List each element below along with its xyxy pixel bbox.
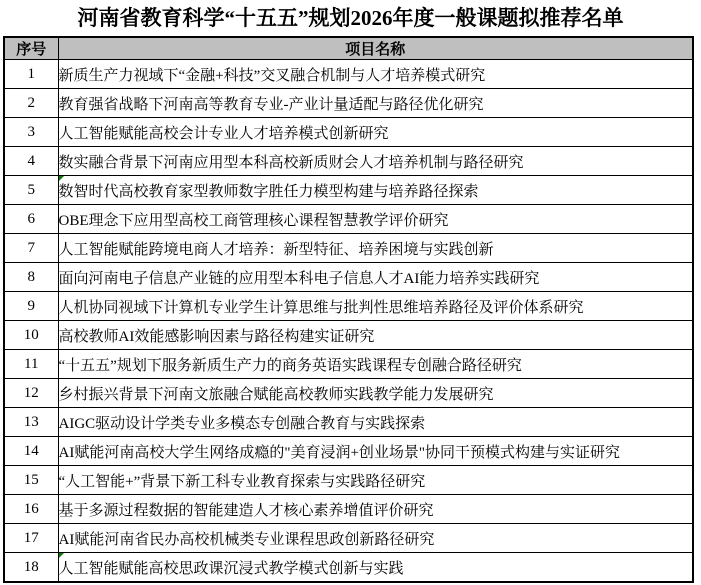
row-serial-cell: 9 bbox=[4, 292, 58, 321]
row-serial-cell: 10 bbox=[4, 321, 58, 350]
table-row: 12乡村振兴背景下河南文旅融合赋能高校教师实践教学能力发展研究 bbox=[4, 379, 693, 408]
project-name-label: 数实融合背景下河南应用型本科高校新质财会人才培养机制与路径研究 bbox=[59, 155, 524, 171]
project-name-cell: AI赋能河南省民办高校机械类专业课程思政创新路径研究 bbox=[58, 524, 693, 553]
project-name-label: 人工智能赋能高校会计专业人才培养模式创新研究 bbox=[59, 126, 389, 142]
project-name-label: 教育强省战略下河南高等教育专业-产业计量适配与路径优化研究 bbox=[59, 97, 484, 113]
row-serial-cell: 16 bbox=[4, 495, 58, 524]
cell-error-marker-icon bbox=[59, 553, 64, 558]
row-serial-cell: 13 bbox=[4, 408, 58, 437]
project-name-label: 乡村振兴背景下河南文旅融合赋能高校教师实践教学能力发展研究 bbox=[59, 387, 494, 403]
project-name-cell: 基于多源过程数据的智能建造人才核心素养增值评价研究 bbox=[58, 495, 693, 524]
table-row: 8面向河南电子信息产业链的应用型本科电子信息人才AI能力培养实践研究 bbox=[4, 263, 693, 292]
project-name-label: OBE理念下应用型高校工商管理核心课程智慧教学评价研究 bbox=[59, 213, 449, 229]
table-row: 9人机协同视域下计算机专业学生计算思维与批判性思维培养路径及评价体系研究 bbox=[4, 292, 693, 321]
table-row: 18人工智能赋能高校思政课沉浸式教学模式创新与实践 bbox=[4, 553, 693, 583]
table-row: 5数智时代高校教育家型教师数字胜任力模型构建与培养路径探索 bbox=[4, 176, 693, 205]
row-serial-cell: 4 bbox=[4, 147, 58, 176]
project-name-label: 面向河南电子信息产业链的应用型本科电子信息人才AI能力培养实践研究 bbox=[59, 271, 540, 287]
table-body: 1新质生产力视域下“金融+科技”交叉融合机制与人才培养模式研究2教育强省战略下河… bbox=[4, 60, 693, 583]
project-name-label: 基于多源过程数据的智能建造人才核心素养增值评价研究 bbox=[59, 503, 434, 519]
project-name-label: 高校教师AI效能感影响因素与路径构建实证研究 bbox=[59, 329, 375, 345]
table-row: 3人工智能赋能高校会计专业人才培养模式创新研究 bbox=[4, 118, 693, 147]
project-name-label: AI赋能河南高校大学生网络成瘾的"美育浸润+创业场景"协同干预模式构建与实证研究 bbox=[59, 445, 621, 461]
table-row: 4数实融合背景下河南应用型本科高校新质财会人才培养机制与路径研究 bbox=[4, 147, 693, 176]
table-row: 2教育强省战略下河南高等教育专业-产业计量适配与路径优化研究 bbox=[4, 89, 693, 118]
project-name-cell: 人工智能赋能高校会计专业人才培养模式创新研究 bbox=[58, 118, 693, 147]
project-name-label: AIGC驱动设计学类专业多模态专创融合教育与实践探索 bbox=[59, 416, 426, 432]
table-header: 序号 项目名称 bbox=[4, 37, 693, 60]
table-row: 6OBE理念下应用型高校工商管理核心课程智慧教学评价研究 bbox=[4, 205, 693, 234]
project-name-label: 人工智能赋能高校思政课沉浸式教学模式创新与实践 bbox=[59, 561, 404, 577]
row-serial-cell: 14 bbox=[4, 437, 58, 466]
project-name-cell: 数智时代高校教育家型教师数字胜任力模型构建与培养路径探索 bbox=[58, 176, 693, 205]
project-name-cell: 教育强省战略下河南高等教育专业-产业计量适配与路径优化研究 bbox=[58, 89, 693, 118]
table-row: 13AIGC驱动设计学类专业多模态专创融合教育与实践探索 bbox=[4, 408, 693, 437]
row-serial-cell: 15 bbox=[4, 466, 58, 495]
project-name-cell: OBE理念下应用型高校工商管理核心课程智慧教学评价研究 bbox=[58, 205, 693, 234]
table-row: 10高校教师AI效能感影响因素与路径构建实证研究 bbox=[4, 321, 693, 350]
table-row: 17AI赋能河南省民办高校机械类专业课程思政创新路径研究 bbox=[4, 524, 693, 553]
table-row: 1新质生产力视域下“金融+科技”交叉融合机制与人才培养模式研究 bbox=[4, 60, 693, 89]
project-name-label: 数智时代高校教育家型教师数字胜任力模型构建与培养路径探索 bbox=[59, 184, 479, 200]
table-row: 14AI赋能河南高校大学生网络成瘾的"美育浸润+创业场景"协同干预模式构建与实证… bbox=[4, 437, 693, 466]
row-serial-cell: 17 bbox=[4, 524, 58, 553]
project-name-label: AI赋能河南省民办高校机械类专业课程思政创新路径研究 bbox=[59, 532, 435, 548]
row-serial-cell: 2 bbox=[4, 89, 58, 118]
row-serial-cell: 3 bbox=[4, 118, 58, 147]
project-name-cell: 数实融合背景下河南应用型本科高校新质财会人才培养机制与路径研究 bbox=[58, 147, 693, 176]
project-name-cell: AIGC驱动设计学类专业多模态专创融合教育与实践探索 bbox=[58, 408, 693, 437]
column-header-project-name: 项目名称 bbox=[58, 37, 693, 60]
project-name-label: “十五五”规划下服务新质生产力的商务英语实践课程专创融合路径研究 bbox=[59, 358, 522, 374]
column-header-serial: 序号 bbox=[4, 37, 58, 60]
project-name-cell: “十五五”规划下服务新质生产力的商务英语实践课程专创融合路径研究 bbox=[58, 350, 693, 379]
table-row: 11“十五五”规划下服务新质生产力的商务英语实践课程专创融合路径研究 bbox=[4, 350, 693, 379]
row-serial-cell: 5 bbox=[4, 176, 58, 205]
project-name-cell: 高校教师AI效能感影响因素与路径构建实证研究 bbox=[58, 321, 693, 350]
row-serial-cell: 6 bbox=[4, 205, 58, 234]
row-serial-cell: 12 bbox=[4, 379, 58, 408]
row-serial-cell: 7 bbox=[4, 234, 58, 263]
row-serial-cell: 11 bbox=[4, 350, 58, 379]
cell-error-marker-icon bbox=[59, 176, 64, 181]
project-name-cell: 人机协同视域下计算机专业学生计算思维与批判性思维培养路径及评价体系研究 bbox=[58, 292, 693, 321]
table-row: 16基于多源过程数据的智能建造人才核心素养增值评价研究 bbox=[4, 495, 693, 524]
project-name-label: 人工智能赋能跨境电商人才培养：新型特征、培养困境与实践创新 bbox=[59, 242, 494, 258]
table-row: 15“人工智能+”背景下新工科专业教育探索与实践路径研究 bbox=[4, 466, 693, 495]
header-row: 序号 项目名称 bbox=[4, 37, 693, 60]
project-name-cell: 面向河南电子信息产业链的应用型本科电子信息人才AI能力培养实践研究 bbox=[58, 263, 693, 292]
page-title: 河南省教育科学“十五五”规划2026年度一般课题拟推荐名单 bbox=[0, 2, 701, 32]
project-name-cell: 新质生产力视域下“金融+科技”交叉融合机制与人才培养模式研究 bbox=[58, 60, 693, 89]
project-name-label: 新质生产力视域下“金融+科技”交叉融合机制与人才培养模式研究 bbox=[59, 68, 486, 84]
row-serial-cell: 8 bbox=[4, 263, 58, 292]
projects-table: 序号 项目名称 1新质生产力视域下“金融+科技”交叉融合机制与人才培养模式研究2… bbox=[3, 36, 694, 583]
project-name-cell: “人工智能+”背景下新工科专业教育探索与实践路径研究 bbox=[58, 466, 693, 495]
project-name-cell: 人工智能赋能高校思政课沉浸式教学模式创新与实践 bbox=[58, 553, 693, 583]
project-name-cell: 乡村振兴背景下河南文旅融合赋能高校教师实践教学能力发展研究 bbox=[58, 379, 693, 408]
page: 河南省教育科学“十五五”规划2026年度一般课题拟推荐名单 序号 项目名称 1新… bbox=[0, 0, 701, 585]
project-name-cell: 人工智能赋能跨境电商人才培养：新型特征、培养困境与实践创新 bbox=[58, 234, 693, 263]
row-serial-cell: 18 bbox=[4, 553, 58, 583]
project-name-label: 人机协同视域下计算机专业学生计算思维与批判性思维培养路径及评价体系研究 bbox=[59, 300, 584, 316]
row-serial-cell: 1 bbox=[4, 60, 58, 89]
project-name-label: “人工智能+”背景下新工科专业教育探索与实践路径研究 bbox=[59, 474, 426, 490]
project-name-cell: AI赋能河南高校大学生网络成瘾的"美育浸润+创业场景"协同干预模式构建与实证研究 bbox=[58, 437, 693, 466]
table-row: 7人工智能赋能跨境电商人才培养：新型特征、培养困境与实践创新 bbox=[4, 234, 693, 263]
